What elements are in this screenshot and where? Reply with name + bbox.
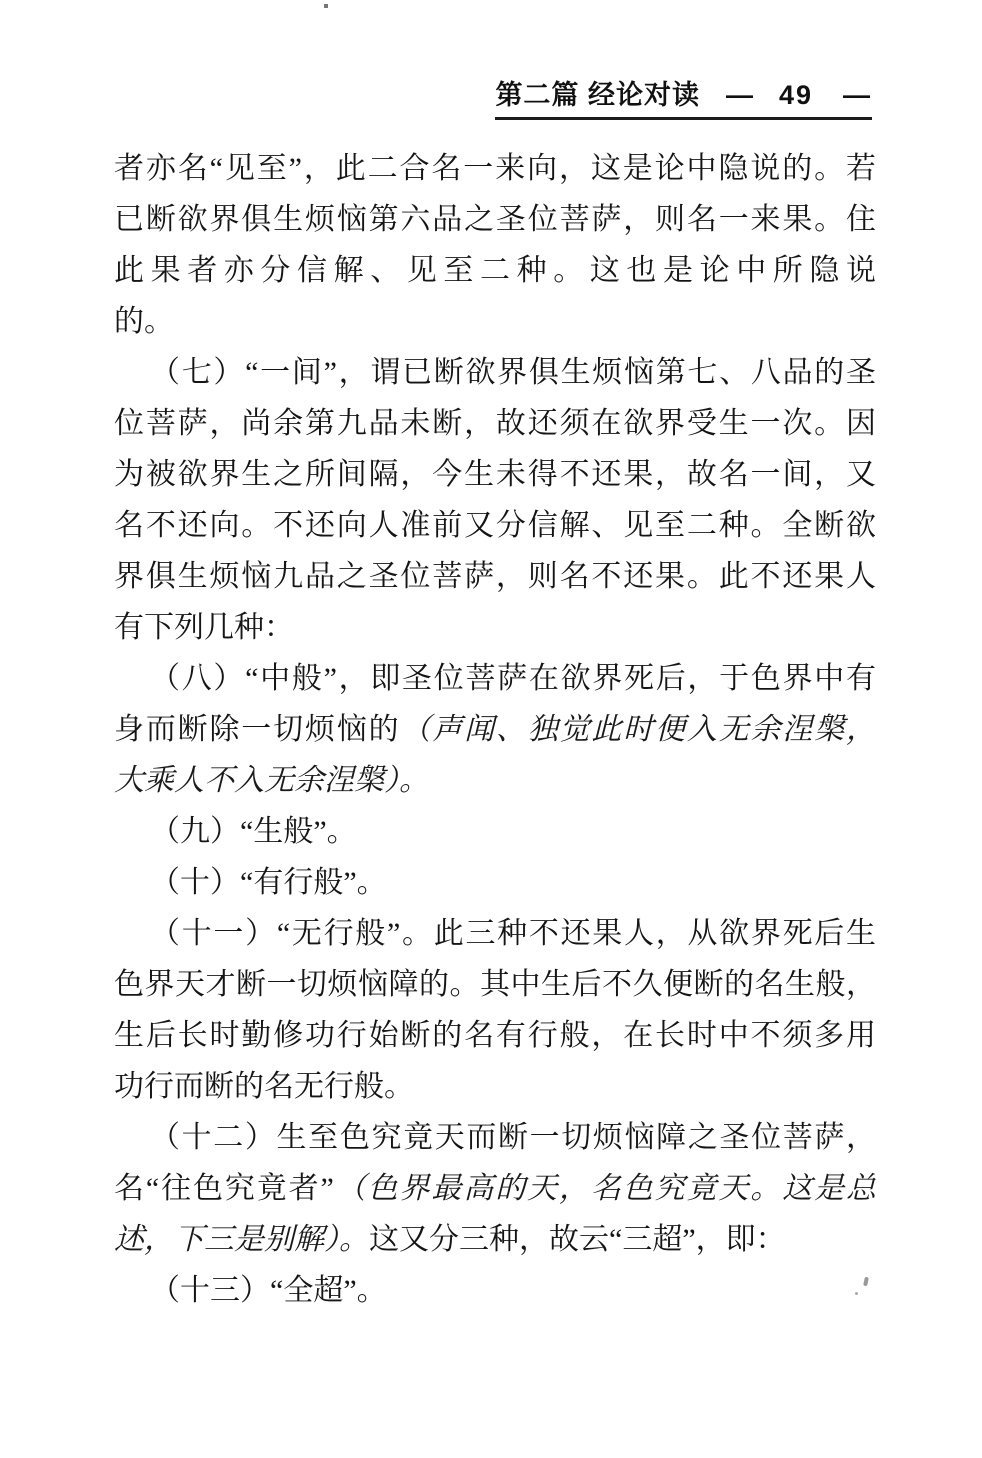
text-line: 大乘人不入无余涅槃）。 — [114, 755, 876, 806]
body-text-segment: 的。 — [114, 305, 174, 338]
text-line: （九）“生般”。 — [114, 806, 876, 857]
text-line: （八）“中般”，即圣位菩萨在欲界死后，于色界中有 — [114, 653, 876, 704]
body-text-segment: 为被欲界生之所间隔，今生未得不还果，故名一间，又 — [114, 458, 876, 491]
header-dash: — — [726, 80, 753, 110]
body-text-segment: （十一）“无行般”。此三种不还果人，从欲界死后生 — [150, 917, 876, 950]
page-number: 49 — [779, 80, 813, 110]
annotation-text-segment: 述，下三是别解）。 — [114, 1223, 369, 1256]
section-title: 第二篇 经论对读 — [495, 80, 700, 110]
body-text-segment: 有下列几种： — [114, 611, 294, 644]
body-text-segment: （七）“一间”，谓已断欲界俱生烦恼第七、八品的圣 — [150, 356, 876, 389]
text-line: 的。 — [114, 296, 876, 347]
text-line: （七）“一间”，谓已断欲界俱生烦恼第七、八品的圣 — [114, 347, 876, 398]
body-text-segment: （十三）“全超”。 — [150, 1274, 387, 1307]
text-line: （十一）“无行般”。此三种不还果人，从欲界死后生 — [114, 908, 876, 959]
text-line: 生后长时勤修功行始断的名有行般，在长时中不须多用 — [114, 1010, 876, 1061]
body-text-segment: 已断欲界俱生烦恼第六品之圣位菩萨，则名一来果。住 — [114, 203, 876, 236]
text-line: 者亦名“见至”，此二合名一来向，这是论中隐说的。若 — [114, 143, 876, 194]
body-text-segment: 此果者亦分信解、见至二种。这也是论中所隐说 — [114, 254, 876, 287]
text-line: 身而断除一切烦恼的（声闻、独觉此时便入无余涅槃， — [114, 704, 876, 755]
text-line: 名不还向。不还向人准前又分信解、见至二种。全断欲 — [114, 500, 876, 551]
body-text-segment: 身而断除一切烦恼的 — [114, 713, 400, 746]
text-line: 色界天才断一切烦恼障的。其中生后不久便断的名生般， — [114, 959, 876, 1010]
text-line: 已断欲界俱生烦恼第六品之圣位菩萨，则名一来果。住 — [114, 194, 876, 245]
text-line: （十二）生至色究竟天而断一切烦恼障之圣位菩萨， — [114, 1112, 876, 1163]
body-text-segment: （八）“中般”，即圣位菩萨在欲界死后，于色界中有 — [150, 662, 876, 695]
text-line: 界俱生烦恼九品之圣位菩萨，则名不还果。此不还果人 — [114, 551, 876, 602]
text-line: 此果者亦分信解、见至二种。这也是论中所隐说 — [114, 245, 876, 296]
body-text-segment: 色界天才断一切烦恼障的。其中生后不久便断的名生般， — [114, 968, 876, 1001]
scan-speck — [324, 4, 328, 8]
body-text-segment: （十）“有行般”。 — [150, 866, 387, 899]
text-line: （十）“有行般”。 — [114, 857, 876, 908]
text-line: 名“往色究竟者”（色界最高的天，名色究竟天。这是总 — [114, 1163, 876, 1214]
running-header: 第二篇 经论对读—49— — [495, 78, 872, 120]
annotation-text-segment: 大乘人不入无余涅槃）。 — [114, 764, 429, 797]
text-line: 为被欲界生之所间隔，今生未得不还果，故名一间，又 — [114, 449, 876, 500]
body-text-segment: 名不还向。不还向人准前又分信解、见至二种。全断欲 — [114, 509, 876, 542]
book-page: 第二篇 经论对读—49— 者亦名“见至”，此二合名一来向，这是论中隐说的。若已断… — [0, 0, 982, 1458]
body-text-segment: 者亦名“见至”，此二合名一来向，这是论中隐说的。若 — [114, 152, 876, 185]
body-text-segment: 功行而断的名无行般。 — [114, 1070, 414, 1103]
body-text-segment: 界俱生烦恼九品之圣位菩萨，则名不还果。此不还果人 — [114, 560, 876, 593]
body-text-segment: （九）“生般”。 — [150, 815, 357, 848]
text-line: （十三）“全超”。 — [114, 1265, 876, 1316]
body-text-segment: 位菩萨，尚余第九品未断，故还须在欲界受生一次。因 — [114, 407, 876, 440]
text-line: 有下列几种： — [114, 602, 876, 653]
annotation-text-segment: （声闻、独觉此时便入无余涅槃， — [400, 713, 876, 746]
body-text: 者亦名“见至”，此二合名一来向，这是论中隐说的。若已断欲界俱生烦恼第六品之圣位菩… — [114, 143, 876, 1316]
body-text-segment: 名“往色究竟者” — [114, 1172, 334, 1205]
text-line: 位菩萨，尚余第九品未断，故还须在欲界受生一次。因 — [114, 398, 876, 449]
text-line: 述，下三是别解）。这又分三种，故云“三超”，即： — [114, 1214, 876, 1265]
header-dash: — — [843, 80, 870, 110]
body-text-segment: （十二）生至色究竟天而断一切烦恼障之圣位菩萨， — [150, 1121, 876, 1154]
body-text-segment: 生后长时勤修功行始断的名有行般，在长时中不须多用 — [114, 1019, 876, 1052]
text-line: 功行而断的名无行般。 — [114, 1061, 876, 1112]
scan-speck — [855, 1292, 858, 1295]
body-text-segment: 这又分三种，故云“三超”，即： — [369, 1223, 786, 1256]
annotation-text-segment: （色界最高的天，名色究竟天。这是总 — [334, 1172, 876, 1205]
